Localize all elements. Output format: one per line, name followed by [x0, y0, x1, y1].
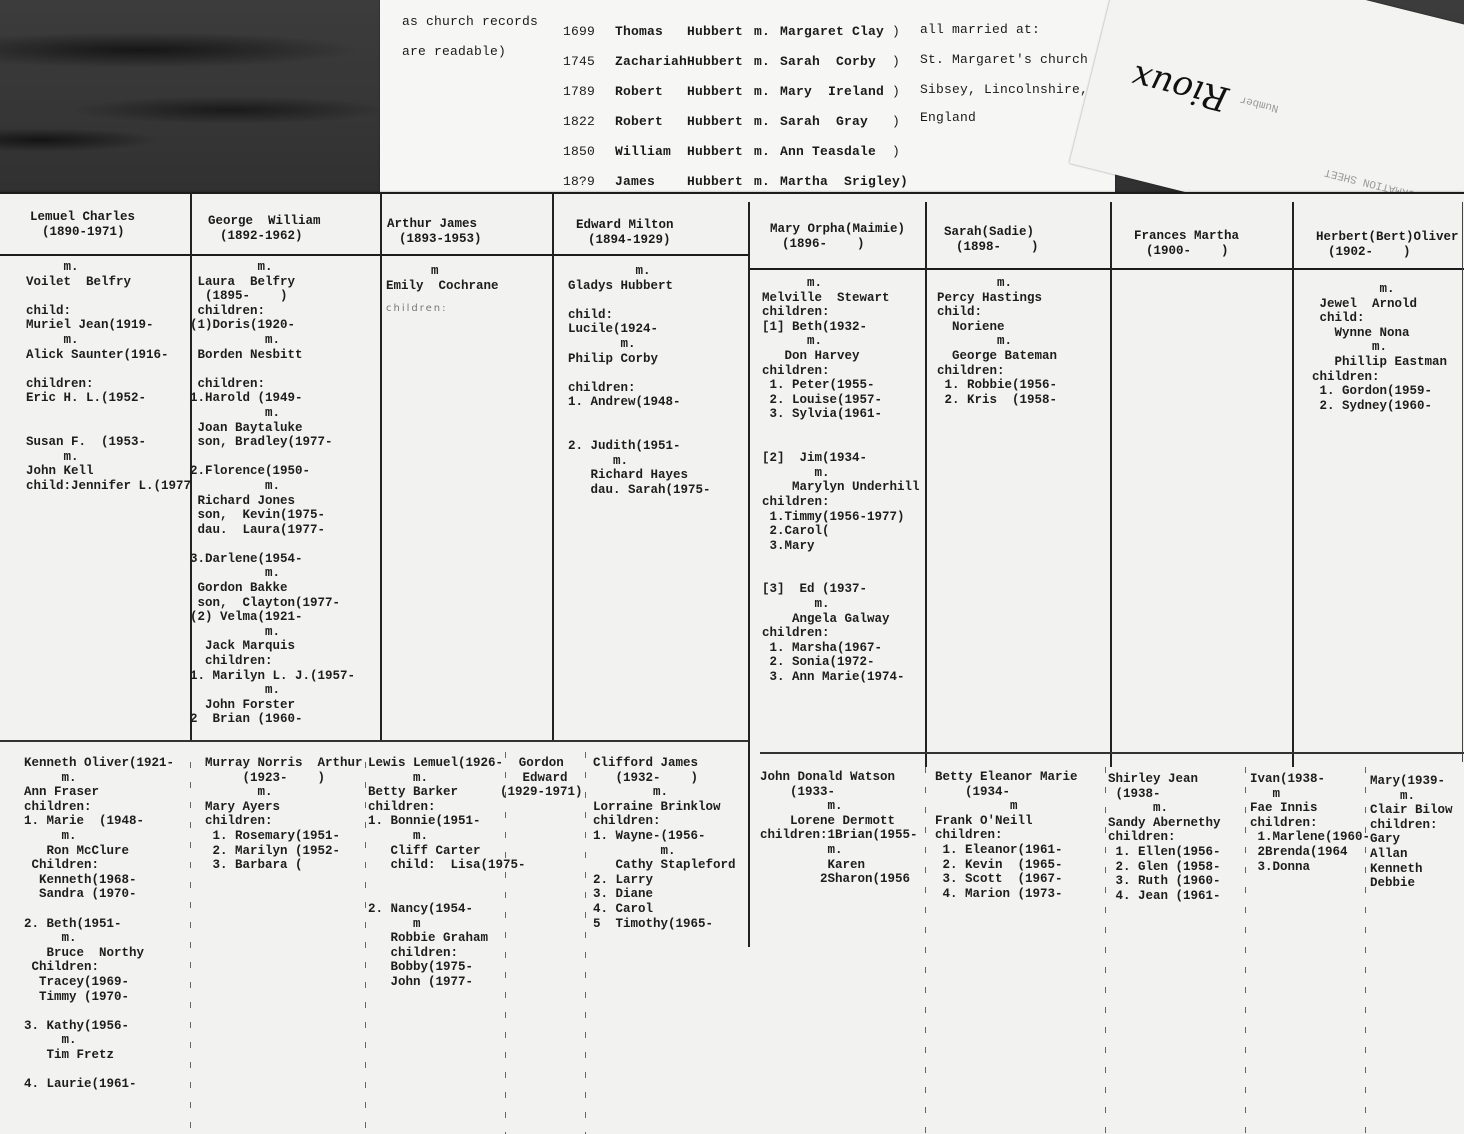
record-married: m. [754, 84, 770, 99]
record-first-name: Robert [615, 114, 663, 129]
sibling-header: Sarah(Sadie)(1898- ) [944, 225, 1039, 255]
sibling-family-details: m. Melville Stewart children: [1] Beth(1… [762, 276, 920, 685]
grandchild-family-details: (1933- m. Lorene Dermott children:1Brian… [760, 785, 918, 887]
header-divider-left [0, 254, 750, 256]
record-spouse: Ann Teasdale [780, 144, 876, 159]
generation-1-bottom-rule-right [760, 752, 1464, 754]
grandchild-name: Gordon Edward (1929-1971) [500, 756, 583, 800]
record-married: m. [754, 174, 770, 189]
grandchild-name: Betty Eleanor Marie [935, 770, 1078, 785]
record-first-name: Zachariah [615, 54, 687, 69]
record-year: 1789 [563, 84, 595, 99]
grandchild-entry: John Donald Watson (1933- m. Lorene Derm… [760, 770, 918, 887]
sibling-name: Edward Milton [576, 218, 674, 233]
sibling-family-details: m Emily Cochrane [386, 264, 499, 293]
generation-1-column-divider [748, 202, 750, 947]
record-year: 1850 [563, 144, 595, 159]
header-divider-right [750, 268, 1464, 270]
location-line-1: all married at: [920, 22, 1040, 37]
record-surname: Hubbert [687, 144, 743, 159]
sibling-family-details: m. Jewel Arnold child: Wynne Nona m. Phi… [1312, 282, 1447, 413]
right-edge-rule [1462, 202, 1463, 762]
sibling-dates: (1890-1971) [30, 225, 135, 240]
brace-glyph: ) [892, 54, 900, 69]
record-year: 1745 [563, 54, 595, 69]
record-spouse: Mary Ireland [780, 84, 884, 99]
grandchild-name: Kenneth Oliver(1921- [24, 756, 174, 771]
pencil-note: children: [386, 302, 448, 317]
family-chart-sheet: Lemuel Charles(1890-1971) m. Voilet Belf… [0, 192, 1464, 1134]
record-spouse: Sarah Gray [780, 114, 868, 129]
sibling-name: Frances Martha [1134, 229, 1239, 244]
grandchild-entry: Gordon Edward (1929-1971) [500, 756, 583, 800]
brace-glyph: ) [892, 84, 900, 99]
grandchild-family-details: m Fae Innis children: 1.Marlene(1960- 2B… [1250, 787, 1370, 875]
generation-1-column-divider [1110, 202, 1112, 767]
record-married: m. [754, 144, 770, 159]
sibling-name: George William [208, 214, 321, 229]
sibling-header: George William(1892-1962) [208, 214, 321, 244]
generation-1-column-divider [380, 192, 382, 740]
sibling-family-details: m. Laura Belfry (1895- ) children: (1)Do… [190, 260, 355, 727]
sibling-name: Arthur James [387, 217, 482, 232]
generation-2-column-divider [1105, 767, 1106, 1134]
grandchild-entry: Shirley Jean (1938- m. Sandy Abernethy c… [1108, 772, 1221, 903]
record-surname: Hubbert [687, 174, 743, 189]
grandchild-name: Ivan(1938- [1250, 772, 1370, 787]
record-married: m. [754, 54, 770, 69]
grandchild-family-details: m. Clair Bilow children: Gary Allan Kenn… [1370, 789, 1453, 891]
record-first-name: Robert [615, 84, 663, 99]
grandchild-entry: Mary(1939- m. Clair Bilow children: Gary… [1370, 774, 1453, 891]
grandchild-family-details: (1934- m Frank O'Neill children: 1. Elea… [935, 785, 1078, 902]
records-note-line-2: are readable) [402, 44, 506, 59]
grandchild-entry: Kenneth Oliver(1921- m. Ann Fraser child… [24, 756, 174, 1092]
record-first-name: William [615, 144, 671, 159]
grandchild-entry: Ivan(1938- m Fae Innis children: 1.Marle… [1250, 772, 1370, 874]
record-surname: Hubbert [687, 54, 743, 69]
sibling-dates: (1893-1953) [387, 232, 482, 247]
record-year: 1822 [563, 114, 595, 129]
generation-1-column-divider [552, 192, 554, 740]
sibling-header: Herbert(Bert)Oliver(1902- ) [1316, 230, 1459, 260]
sibling-dates: (1894-1929) [576, 233, 674, 248]
sibling-family-details: m. Gladys Hubbert child: Lucile(1924- m.… [568, 264, 711, 498]
sibling-dates: (1896- ) [770, 237, 905, 252]
sibling-header: Lemuel Charles(1890-1971) [30, 210, 135, 240]
brace-glyph: ) [892, 114, 900, 129]
grandchild-name: Murray Norris Arthur [205, 756, 363, 771]
location-line-2: St. Margaret's church [920, 52, 1088, 67]
record-surname: Hubbert [687, 114, 743, 129]
sibling-header: Edward Milton(1894-1929) [576, 218, 674, 248]
grandchild-family-details: (1923- ) m. Mary Ayers children: 1. Rose… [205, 771, 363, 873]
records-note-line-1: as church records [402, 14, 538, 29]
sibling-dates: (1902- ) [1316, 245, 1459, 260]
grandchild-family-details: (1938- m. Sandy Abernethy children: 1. E… [1108, 787, 1221, 904]
grandchild-name: Shirley Jean [1108, 772, 1221, 787]
generation-1-bottom-rule [0, 740, 748, 742]
record-spouse: Sarah Corby [780, 54, 876, 69]
location-line-4: England [920, 110, 976, 125]
sibling-dates: (1900- ) [1134, 244, 1239, 259]
grandchild-entry: Betty Eleanor Marie (1934- m Frank O'Nei… [935, 770, 1078, 901]
record-year: 1699 [563, 24, 595, 39]
sibling-family-details: m. Percy Hastings child: Noriene m. Geor… [937, 276, 1057, 407]
generation-2-column-divider [190, 762, 191, 1134]
grandchild-family-details: m. Betty Barker children: 1. Bonnie(1951… [368, 771, 526, 990]
record-first-name: Thomas [615, 24, 663, 39]
postcard-label-number: Number [1239, 93, 1280, 114]
brace-glyph: ) [892, 144, 900, 159]
record-married: m. [754, 114, 770, 129]
grandchild-entry: Murray Norris Arthur (1923- ) m. Mary Ay… [205, 756, 363, 873]
grandchild-name: Mary(1939- [1370, 774, 1453, 789]
generation-2-column-divider [365, 762, 366, 1134]
generation-1-column-divider [1292, 202, 1294, 767]
sibling-header: Frances Martha(1900- ) [1134, 229, 1239, 259]
sibling-header: Mary Orpha(Maimie)(1896- ) [770, 222, 905, 252]
sibling-name: Herbert(Bert)Oliver [1316, 230, 1459, 245]
grandchild-family-details: m. Ann Fraser children: 1. Marie (1948- … [24, 771, 174, 1092]
grandchild-entry: Clifford James (1932- ) m. Lorraine Brin… [593, 756, 736, 931]
ancestry-records-sheet: as church records are readable) 1699Thom… [380, 0, 1115, 205]
brace-glyph: ) [892, 24, 900, 39]
grandchild-family-details: (1932- ) m. Lorraine Brinklow children: … [593, 771, 736, 932]
record-surname: Hubbert [687, 84, 743, 99]
record-spouse: Margaret Clay [780, 24, 884, 39]
record-surname: Hubbert [687, 24, 743, 39]
sibling-header: Arthur James(1893-1953) [387, 217, 482, 247]
generation-2-column-divider [1245, 767, 1246, 1134]
record-first-name: James [615, 174, 655, 189]
generation-1-column-divider [925, 202, 927, 767]
record-spouse: Martha Srigley) [780, 174, 908, 189]
record-year: 18?9 [563, 174, 595, 189]
grandchild-name: Clifford James [593, 756, 736, 771]
generation-2-column-divider [585, 752, 586, 1134]
sibling-dates: (1892-1962) [208, 229, 321, 244]
location-line-3: Sibsey, Lincolnshire, [920, 82, 1088, 97]
handwritten-name: Rioux [1128, 56, 1233, 119]
sibling-name: Lemuel Charles [30, 210, 135, 225]
sheet-top-rule [0, 192, 1464, 194]
sibling-name: Mary Orpha(Maimie) [770, 222, 905, 237]
record-married: m. [754, 24, 770, 39]
grandchild-name: John Donald Watson [760, 770, 918, 785]
sibling-name: Sarah(Sadie) [944, 225, 1039, 240]
sibling-dates: (1898- ) [944, 240, 1039, 255]
sibling-family-details: m. Voilet Belfry child: Muriel Jean(1919… [26, 260, 191, 494]
generation-2-column-divider [925, 767, 926, 1134]
